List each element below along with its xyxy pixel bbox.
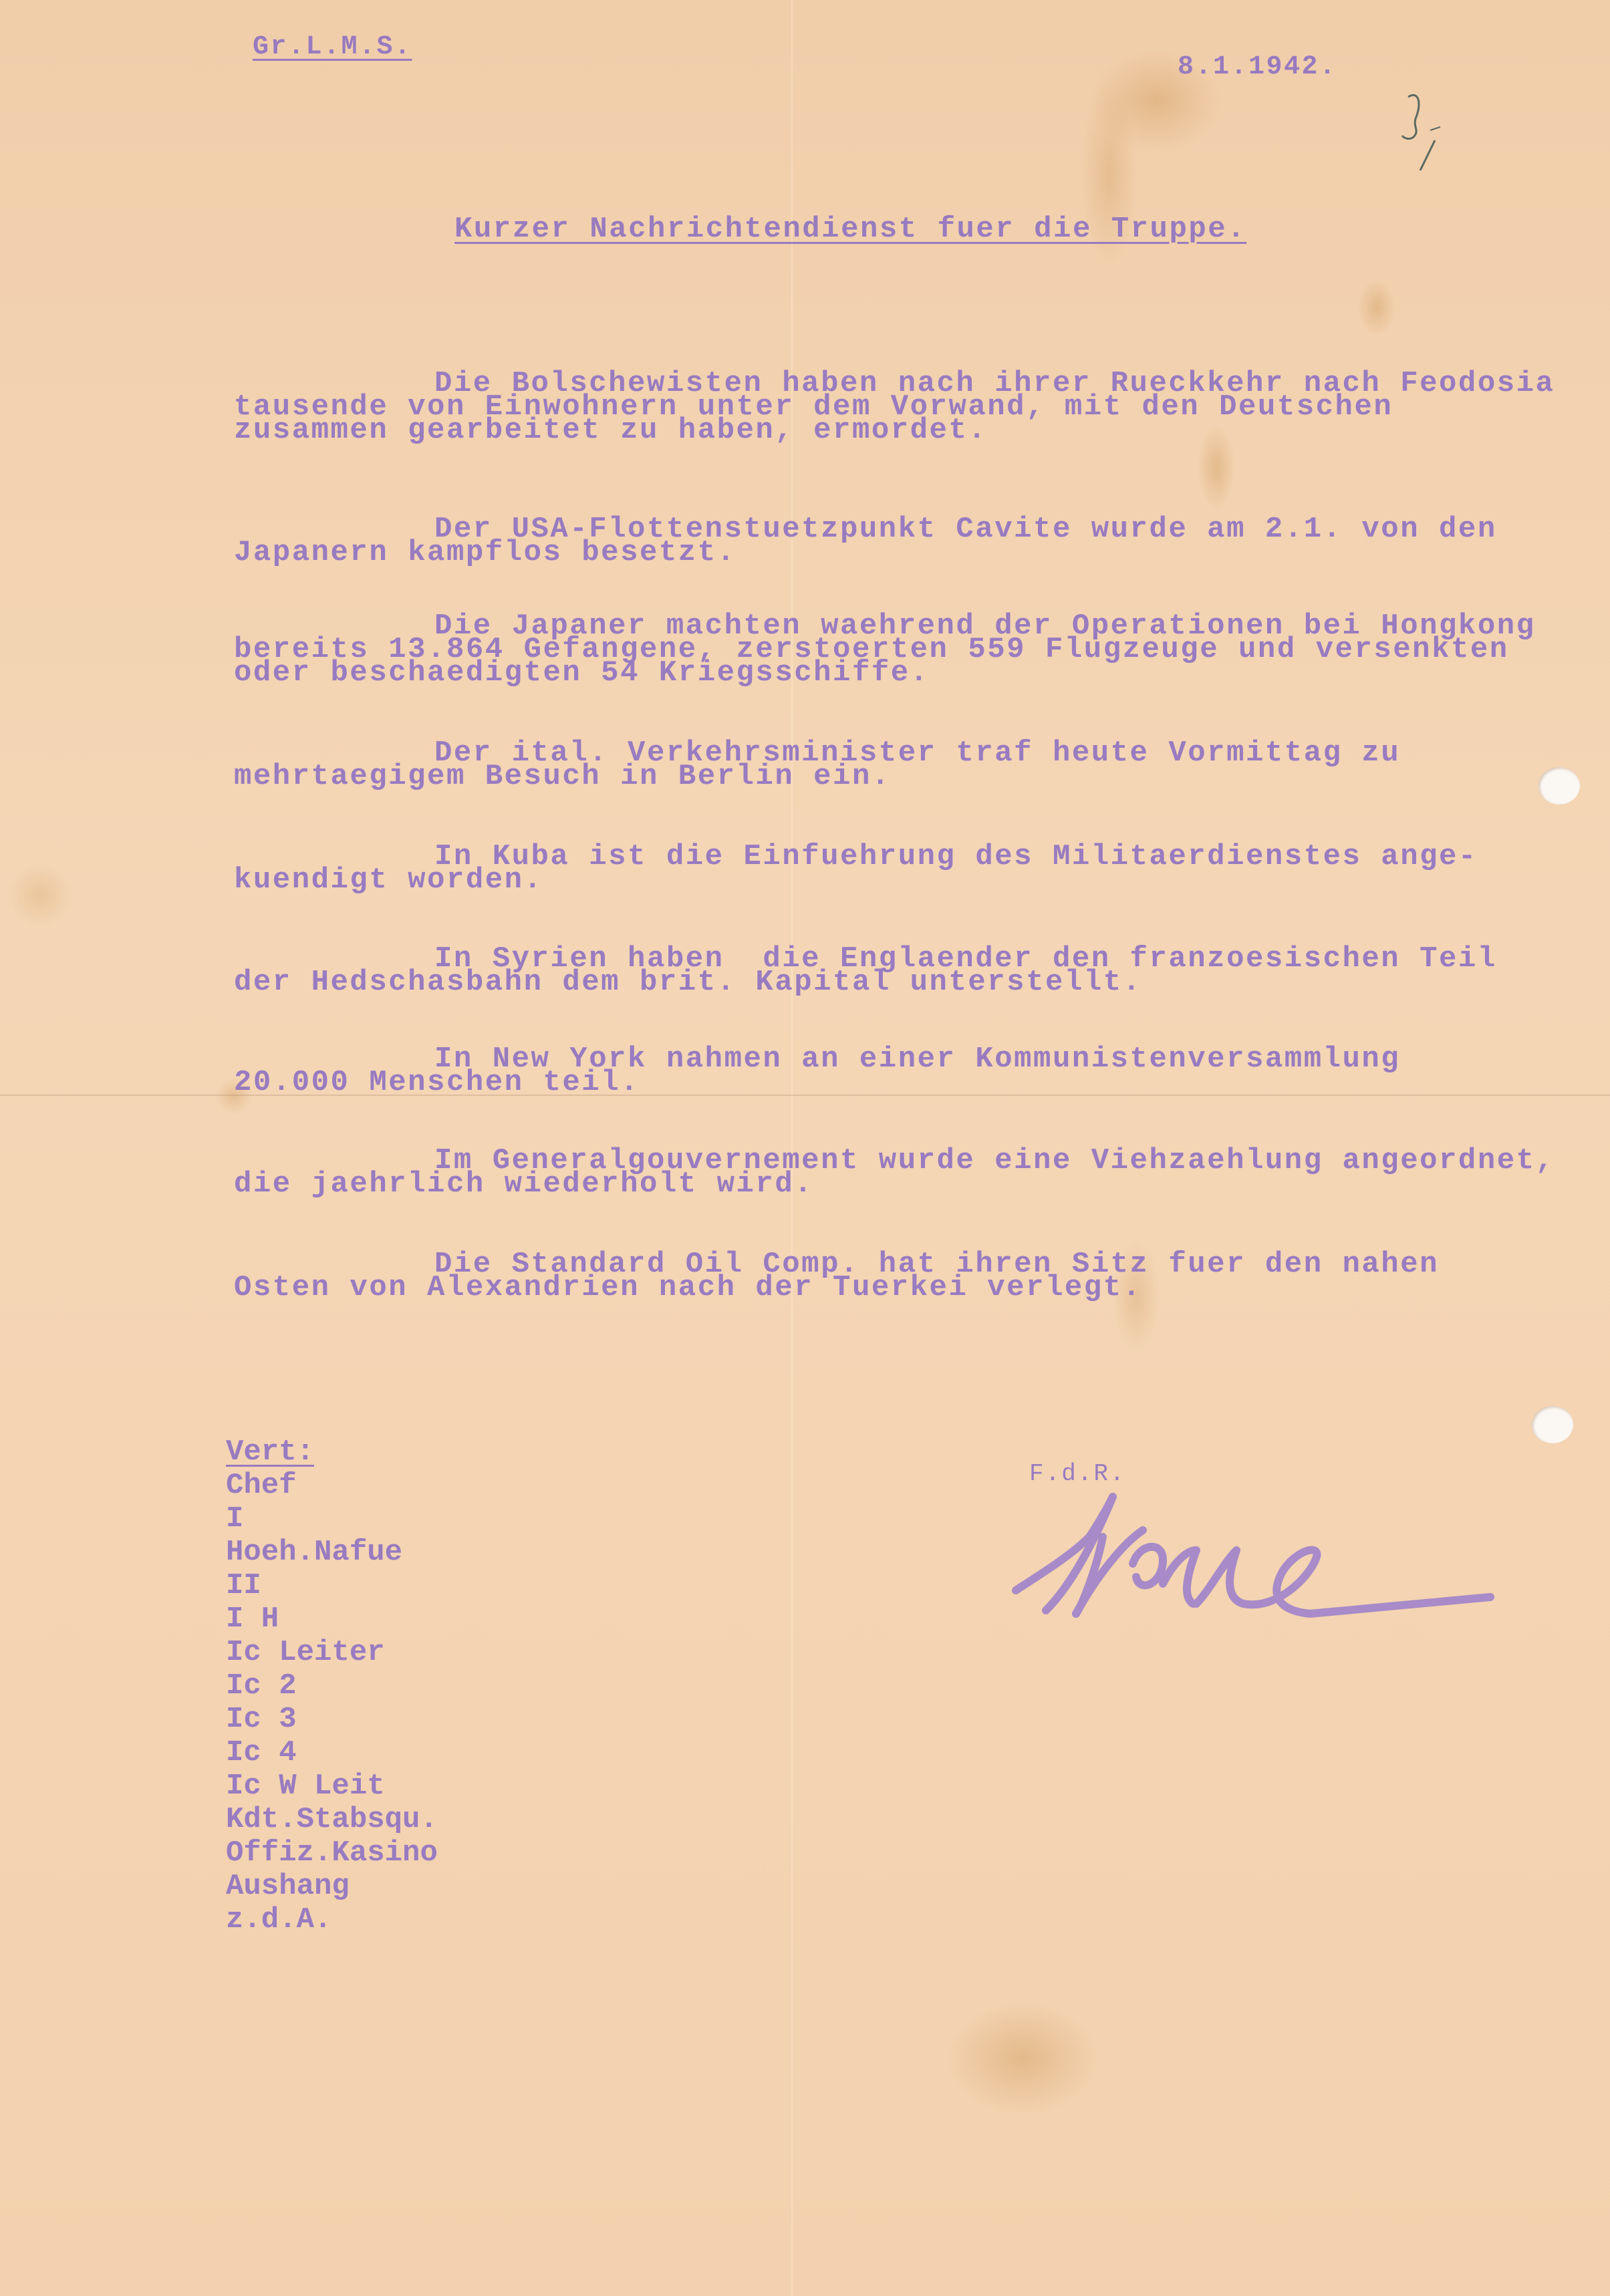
news-item-cuba: In Kuba ist die Einfuehrung des Militaer…: [234, 845, 1571, 892]
distribution-item: Kdt.Stabsqu.: [226, 1803, 438, 1836]
distribution-item: Ic W Leit: [226, 1769, 438, 1803]
news-item-generalgouvernement: Im Generalgouvernement wurde eine Viehza…: [234, 1149, 1571, 1196]
distribution-item: I H: [226, 1602, 438, 1636]
distribution-item: Hoeh.Nafue: [226, 1536, 438, 1569]
distribution-item: Ic 3: [226, 1703, 438, 1736]
distribution-item: z.d.A.: [226, 1903, 438, 1936]
document-title: Kurzer Nachrichtendienst fuer die Truppe…: [454, 212, 1246, 246]
distribution-item: Ic 4: [226, 1736, 438, 1769]
distribution-item: Chef: [226, 1469, 438, 1502]
news-item-italian-minister: Der ital. Verkehrsminister traf heute Vo…: [234, 742, 1571, 788]
distribution-list: Vert: Chef I Hoeh.Nafue II I H Ic Leiter…: [226, 1435, 438, 1936]
news-item-syria: In Syrien haben die Englaender den franz…: [234, 948, 1571, 994]
news-item-standard-oil: Die Standard Oil Comp. hat ihren Sitz fu…: [234, 1253, 1571, 1300]
distribution-item: Ic Leiter: [226, 1636, 438, 1669]
distribution-item: Ic 2: [226, 1669, 438, 1703]
news-item-cavite: Der USA-Flottenstuetzpunkt Cavite wurde …: [234, 518, 1571, 565]
distribution-item: I: [226, 1502, 438, 1536]
document-date: 8.1.1942.: [1178, 52, 1337, 82]
distribution-item: Aushang: [226, 1870, 438, 1903]
distribution-item: II: [226, 1569, 438, 1602]
folio-pencil-mark-icon: [1400, 90, 1454, 177]
news-item-hongkong: Die Japaner machten waehrend der Operati…: [234, 615, 1571, 685]
distribution-heading: Vert:: [226, 1435, 438, 1469]
news-item-feodosia: Die Bolschewisten haben nach ihrer Rueck…: [234, 372, 1571, 442]
punch-hole-icon: [1532, 1406, 1573, 1443]
distribution-item: Offiz.Kasino: [226, 1836, 438, 1870]
news-item-new-york: In New York nahmen an einer Kommunistenv…: [234, 1048, 1571, 1095]
handwritten-signature-icon: [996, 1477, 1504, 1624]
sender-code: Gr.L.M.S.: [253, 32, 412, 62]
